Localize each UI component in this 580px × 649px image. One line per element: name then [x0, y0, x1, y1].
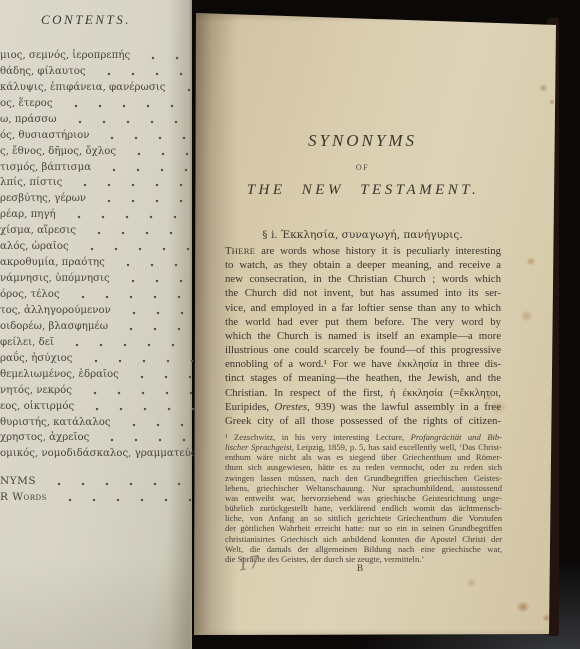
dot-leader	[114, 263, 194, 267]
toc-row: ω, πράσσω	[0, 112, 196, 128]
toc-row: τος, ἀλληγορούμενον	[0, 303, 196, 319]
dot-leader	[117, 327, 194, 331]
dot-leader	[78, 247, 194, 251]
toc-row: ος, ἕτερος	[0, 96, 196, 112]
page-bottom-edge	[190, 629, 558, 637]
dot-leader	[83, 407, 194, 411]
dot-leader	[56, 498, 194, 502]
toc-entry-text: θάδης, φίλαυτος	[0, 64, 86, 80]
toc-entry-text: λπίς, πίστις	[0, 175, 62, 191]
toc-entry-text: νητός, νεκρός	[0, 383, 72, 399]
footnote-line: thum sich ausgewiesen, hätte es zu reden…	[225, 462, 502, 472]
toc-entry-text: μιος, σεμνός, ἱεροπρεπής	[0, 48, 130, 64]
toc-row: αλός, ὡραῖος	[0, 239, 196, 255]
book-photo: CONTENTS. μιος, σεμνός, ἱεροπρεπής θάδης…	[0, 0, 580, 649]
dot-leader	[95, 72, 194, 76]
footnote-line: die Sprache des Geistes, der durch sie z…	[225, 554, 502, 564]
dot-leader	[120, 423, 194, 427]
dot-leader	[71, 183, 194, 187]
toc-row: ς, ἔθνος, δῆμος, ὄχλος	[0, 144, 196, 160]
foxing-spot	[539, 84, 548, 92]
toc-row: νάμνησις, ὑπόμνησις	[0, 271, 196, 287]
footnote-line: ¹ Zezschwitz, in his very interesting Le…	[225, 432, 502, 442]
body-line: THERE are words whose history it is pecu…	[225, 244, 501, 258]
body-line: Greek city of all those possessed of the…	[225, 414, 501, 428]
toc-entry-text: ομικός, νομοδιδάσκαλος, γραμματεύς	[0, 446, 197, 462]
contents-heading: CONTENTS.	[0, 12, 172, 28]
toc-row: οιδορέω, βλασφημέω	[0, 319, 196, 335]
toc-entry-text: χίσμα, αἵρεσις	[0, 223, 76, 239]
toc-entry-text: ραΰς, ἡσύχιος	[0, 351, 73, 367]
toc-row: λπίς, πίστις	[0, 176, 196, 192]
dot-leader	[82, 359, 194, 363]
footnote-line: lischer Sprachgeist, Leipzig, 1859, p. 5…	[225, 442, 502, 452]
footnote-line: bührlich zurückgestellt hatte, verklären…	[225, 503, 502, 513]
body-line: new consecration, in the Christian Churc…	[225, 272, 501, 286]
dot-leader	[69, 295, 194, 299]
dot-leader	[175, 88, 195, 92]
foxing-spot	[526, 257, 536, 266]
footnote-line: zwingen lassen müssen, nach den Grundbeg…	[225, 473, 502, 483]
book-subtitle: THE NEW TESTAMENT.	[218, 182, 508, 199]
toc-entry-text: τος, ἀλληγορούμενον	[0, 303, 111, 319]
toc-entry-text: οιδορέω, βλασφημέω	[0, 319, 108, 335]
body-line: the Church did not invent, but has assum…	[225, 286, 501, 300]
dot-leader	[62, 104, 194, 108]
index-list: NYMS R Words	[0, 474, 196, 506]
dot-leader	[120, 311, 194, 315]
footnote-line: was entweiht war, hervorziehend was grie…	[225, 493, 502, 503]
toc-row: εος, οἰκτιρμός	[0, 399, 196, 415]
index-entry-text: R Words	[0, 490, 47, 506]
toc-entry-text: εος, οἰκτιρμός	[0, 399, 74, 415]
body-line: which the Church is named is itself an e…	[225, 329, 501, 343]
toc-row: όρος, τέλος	[0, 287, 196, 303]
body-line: vice, and employed in a far loftier sens…	[225, 301, 501, 315]
dot-leader	[66, 120, 194, 124]
footnote-line: Welt, die damals der allgemeinen Bildung…	[225, 544, 502, 554]
dot-leader	[98, 136, 194, 140]
toc-entry-text: ός, θυσιαστήριον	[0, 128, 89, 144]
body-line: ennobling of a word.¹ For we have ἐκκλησ…	[225, 357, 501, 371]
toc-row: χρηστος, ἀχρεῖος	[0, 431, 196, 447]
toc-row: νητός, νεκρός	[0, 383, 196, 399]
footnote-line: enthum wäre nicht als was es siegend übe…	[225, 452, 502, 462]
toc-row: μιος, σεμνός, ἱεροπρεπής	[0, 48, 196, 64]
footnote-line: lebens, griechischer Weltanschauung. Nur…	[225, 483, 502, 493]
dot-leader	[125, 152, 194, 156]
toc-row: θεμελιωμένος, ἑδραῖος	[0, 367, 196, 383]
section-heading: § i. Ἐκκλησία, συναγωγή, πανήγυρις.	[225, 229, 500, 241]
body-text: THERE are words whose history it is pecu…	[225, 244, 501, 428]
dot-leader	[95, 199, 194, 203]
toc-entry-text: ς, ἔθνος, δῆμος, ὄχλος	[0, 144, 116, 160]
dot-leader	[81, 391, 194, 395]
index-row: NYMS	[0, 474, 196, 490]
toc-entry-text: αλός, ὡραῖος	[0, 239, 69, 255]
toc-row: κάλυψις, ἐπιφάνεια, φανέρωσις	[0, 80, 196, 96]
toc-row: ομικός, νομοδιδάσκαλος, γραμματεύς	[0, 446, 196, 462]
body-line: to watch, as they obtain a deeper meanin…	[225, 258, 501, 272]
right-page: SYNONYMS OF THE NEW TESTAMENT. § i. Ἐκκλ…	[190, 8, 558, 649]
dot-leader	[85, 231, 194, 235]
foxing-spot	[549, 99, 555, 105]
toc-row: χίσμα, αἵρεσις	[0, 223, 196, 239]
toc-entry-text: φείλει, δεῖ	[0, 335, 54, 351]
footnote: ¹ Zezschwitz, in his very interesting Le…	[225, 432, 502, 564]
toc-row: ακροθυμία, πραότης	[0, 255, 196, 271]
toc-row: θάδης, φίλαυτος	[0, 64, 196, 80]
toc-row: ρέαρ, πηγή	[0, 207, 196, 223]
toc-entry-text: ρέαρ, πηγή	[0, 207, 56, 223]
body-line: illustrious one could scarcely be found—…	[225, 343, 501, 357]
toc-entry-text: ος, ἕτερος	[0, 96, 53, 112]
top-edge-shadow	[190, 8, 558, 22]
toc-row: τισμός, βάπτισμα	[0, 160, 196, 176]
index-row: R Words	[0, 490, 196, 506]
dot-leader	[100, 168, 194, 172]
foxing-spot	[466, 578, 477, 588]
dot-leader	[119, 279, 194, 283]
foxing-spot	[516, 601, 530, 613]
toc-entry-text: όρος, τέλος	[0, 287, 60, 303]
toc-row: θυριστής, κατάλαλος	[0, 415, 196, 431]
body-line: Christian. In respect of the first, ἡ ἐκ…	[225, 386, 501, 400]
dot-leader	[98, 438, 194, 442]
dot-leader	[139, 56, 194, 60]
body-line: tinct stages of meaning—the heathen, the…	[225, 371, 501, 385]
toc-row: ρεσβύτης, γέρων	[0, 191, 196, 207]
toc-row: ραΰς, ἡσύχιος	[0, 351, 196, 367]
toc-entry-text: νάμνησις, ὑπόμνησις	[0, 271, 110, 287]
signature-mark: B	[350, 564, 370, 574]
toc-entry-text: χρηστος, ἀχρεῖος	[0, 430, 89, 446]
footnote-line: liche, von Anfang an so sittlich gericht…	[225, 513, 502, 523]
dot-leader	[45, 482, 194, 486]
left-page: CONTENTS. μιος, σεμνός, ἱεροπρεπής θάδης…	[0, 0, 192, 649]
book-title: SYNONYMS	[225, 131, 500, 151]
dot-leader	[63, 343, 194, 347]
contents-list: μιος, σεμνός, ἱεροπρεπής θάδης, φίλαυτος…	[0, 48, 196, 462]
toc-entry-text: θυριστής, κατάλαλος	[0, 415, 111, 431]
body-line: Euripides, Orestes, 939) was the lawful …	[225, 400, 501, 414]
toc-entry-text: θεμελιωμένος, ἑδραῖος	[0, 367, 119, 383]
dot-leader	[65, 215, 194, 219]
pencil-annotation: 17	[237, 552, 262, 575]
index-entry-text: NYMS	[0, 474, 36, 490]
dot-leader	[128, 375, 194, 379]
toc-entry-text: ω, πράσσω	[0, 112, 57, 128]
toc-entry-text: κάλυψις, ἐπιφάνεια, φανέρωσις	[0, 80, 166, 96]
body-line: the world had ever put them before. The …	[225, 315, 501, 329]
toc-row: ός, θυσιαστήριον	[0, 128, 196, 144]
foxing-spot	[520, 310, 533, 322]
toc-row: φείλει, δεῖ	[0, 335, 196, 351]
footnote-line: christianisirtes Griechisch sich anbilde…	[225, 534, 502, 544]
toc-entry-text: ακροθυμία, πραότης	[0, 255, 105, 271]
toc-entry-text: ρεσβύτης, γέρων	[0, 191, 86, 207]
toc-entry-text: τισμός, βάπτισμα	[0, 160, 91, 176]
book-title-of: OF	[225, 163, 500, 172]
footnote-line: der göttlichen Wahrheit erreicht hatte: …	[225, 523, 502, 533]
